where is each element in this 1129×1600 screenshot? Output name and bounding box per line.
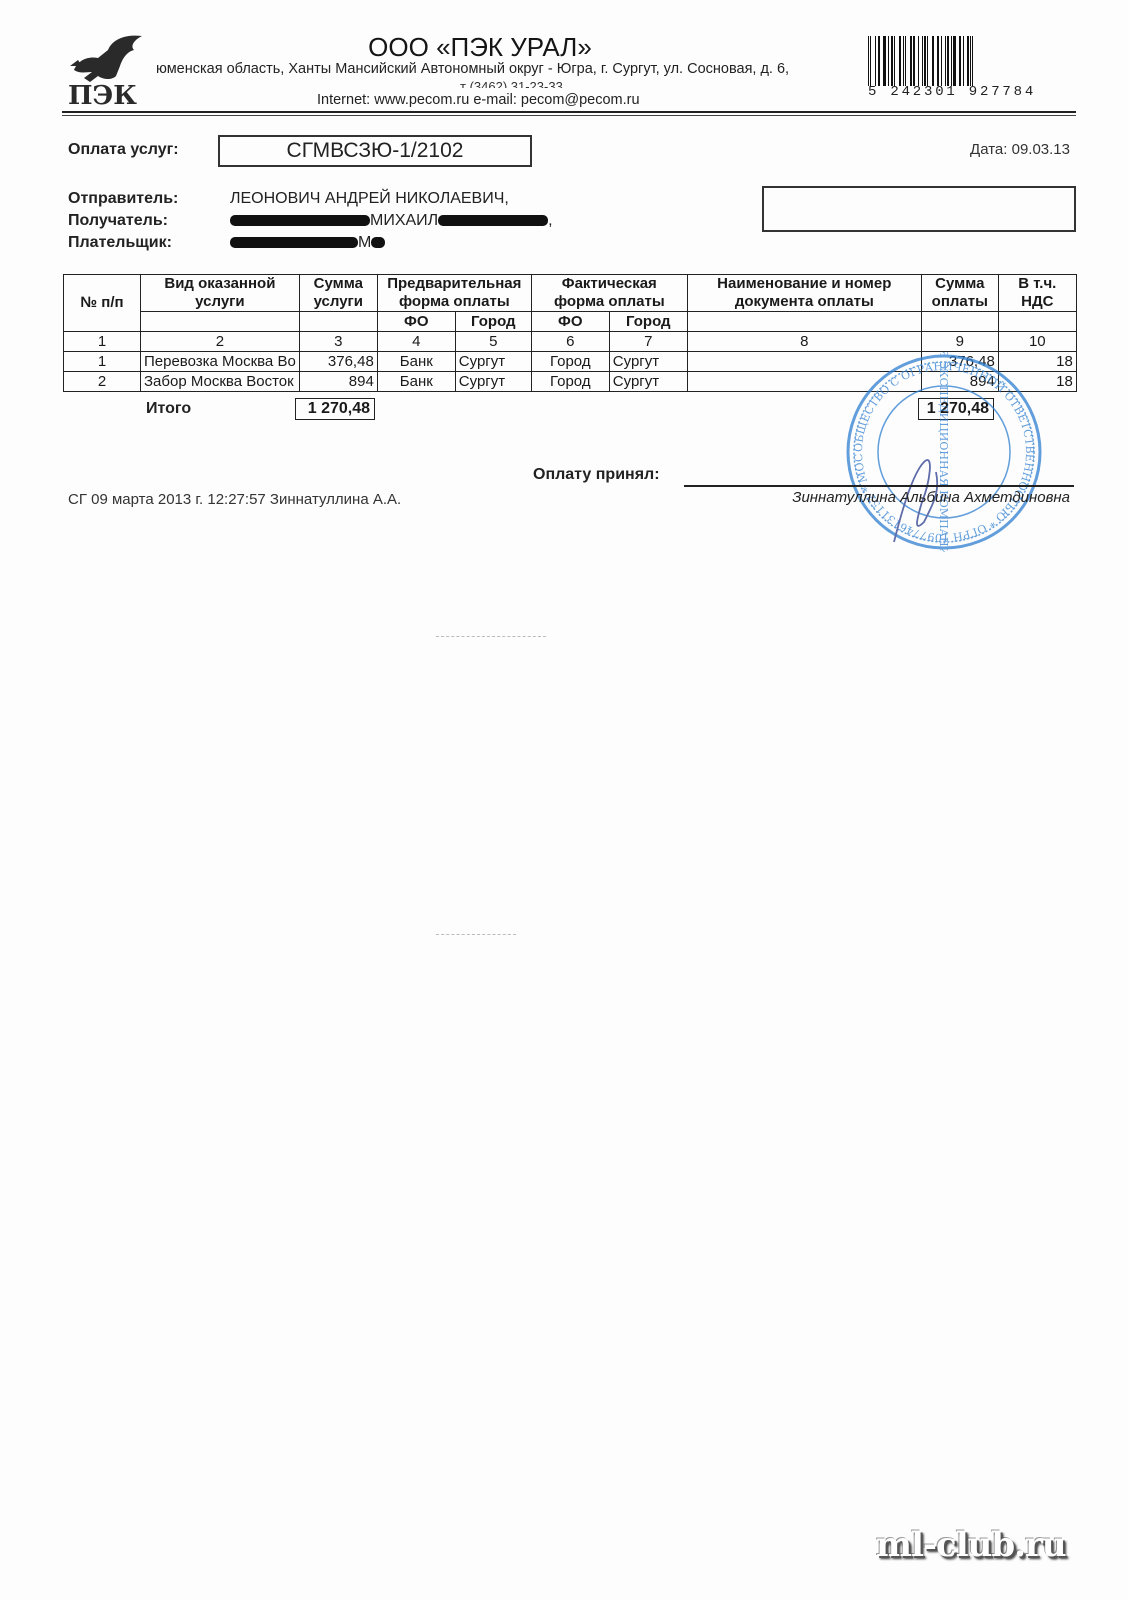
redaction-mark [230, 215, 370, 226]
signature-line [684, 485, 1074, 487]
header-pre-city: Город [455, 312, 531, 332]
payer-label: Плательщик: [68, 232, 178, 254]
svg-text:ПЭК: ПЭК [68, 81, 137, 108]
watermark: ml-club.ru [876, 1525, 1066, 1565]
payment-number: СГМВСЗЮ-1/2102 [218, 135, 532, 167]
recipient-name: МИХАИЛ, [230, 210, 553, 232]
total-label: Итого [146, 400, 191, 418]
svg-text:ПЕРВАЯ ЭКСПЕДИЦИОННАЯ КОМПАНИЯ: ПЕРВАЯ ЭКСПЕДИЦИОННАЯ КОМПАНИЯ Урал [937, 352, 950, 552]
scan-artifact [436, 636, 546, 638]
barcode-number: 5 242301 927784 [868, 84, 1048, 100]
header-act-city: Город [609, 312, 687, 332]
sender-label: Отправитель: [68, 188, 178, 210]
table-subheader-row: ФО Город ФО Город [64, 312, 1077, 332]
header-divider-thin [62, 115, 1076, 116]
header-service: Вид оказанной услуги [141, 275, 300, 312]
party-labels: Отправитель: Получатель: Плательщик: [68, 188, 178, 254]
company-contacts: Internet: www.pecom.ru e-mail: pecom@pec… [317, 92, 640, 108]
pek-logo: ПЭК [64, 30, 154, 108]
barcode-bars [868, 36, 1048, 86]
header-act-fo: ФО [531, 312, 609, 332]
table-header-row: № п/п Вид оказанной услуги Сумма услуги … [64, 275, 1077, 312]
column-number-row: 1 2 3 4 5 6 7 8 9 10 [64, 332, 1077, 352]
empty-field-box [762, 186, 1076, 232]
header-pre-fo: ФО [377, 312, 455, 332]
payment-accepted-label: Оплату принял: [533, 466, 660, 484]
header-prelim: Предварительная форма оплаты [377, 275, 531, 312]
header-paid-sum: Сумма оплаты [921, 275, 998, 312]
document-date: Дата: 09.03.13 [930, 141, 1070, 158]
party-values: ЛЕОНОВИЧ АНДРЕЙ НИКОЛАЕВИЧ, МИХАИЛ, М [230, 188, 553, 254]
header-service-sum: Сумма услуги [299, 275, 377, 312]
header-num: № п/п [64, 275, 141, 332]
barcode: 5 242301 927784 [868, 36, 1048, 100]
redaction-mark [438, 215, 548, 226]
redaction-mark [371, 237, 385, 248]
cashier-record: СГ 09 марта 2013 г. 12:27:57 Зиннатуллин… [68, 491, 401, 508]
stamp-seal-icon: ОБЩЕСТВО С ОГРАНИЧЕННОЙ ОТВЕТСТВЕННОСТЬЮ… [844, 352, 1044, 552]
company-phone: т (3462) 31-23-33 [460, 79, 563, 88]
payer-name: М [230, 232, 553, 254]
header-vat: В т.ч. НДС [998, 275, 1076, 312]
header-actual: Фактическая форма оплаты [531, 275, 687, 312]
pegasus-logo-icon: ПЭК [64, 30, 154, 108]
redaction-mark [230, 237, 358, 248]
scan-artifact [436, 934, 516, 936]
recipient-label: Получатель: [68, 210, 178, 232]
signer-name: Зиннатуллина Альбина Ахметдиновна [760, 489, 1070, 506]
payment-label: Оплата услуг: [68, 141, 179, 159]
header-doc: Наименование и номер документа оплаты [687, 275, 921, 312]
header-divider [62, 111, 1076, 113]
company-address: юменская область, Ханты Мансийский Автон… [156, 61, 789, 77]
company-stamp: ОБЩЕСТВО С ОГРАНИЧЕННОЙ ОТВЕТСТВЕННОСТЬЮ… [844, 352, 1044, 552]
total-service-sum: 1 270,48 [295, 398, 375, 420]
company-name: ООО «ПЭК УРАЛ» [300, 32, 660, 63]
sender-name: ЛЕОНОВИЧ АНДРЕЙ НИКОЛАЕВИЧ, [230, 188, 553, 210]
